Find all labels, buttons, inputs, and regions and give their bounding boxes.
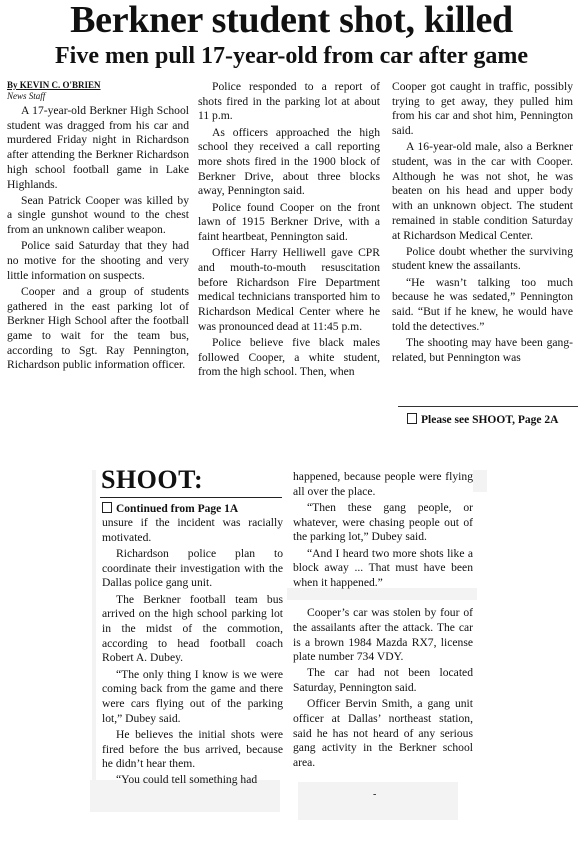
article-column-3: Cooper got caught in traffic, possibly t… <box>392 80 573 367</box>
paragraph: Police found Cooper on the front lawn of… <box>198 201 380 245</box>
byline: By KEVIN C. O'BRIEN News Staff <box>7 80 101 102</box>
continuation-column-2: happened, because people were flying all… <box>293 470 473 772</box>
spacer <box>293 592 473 606</box>
paragraph: Cooper and a group of students gathered … <box>7 285 189 373</box>
byline-author: By KEVIN C. O'BRIEN <box>7 80 101 91</box>
headline: Berkner student shot, killed <box>0 0 583 40</box>
article-column-1: A 17-year-old Berkner High School studen… <box>7 104 189 375</box>
paragraph: “Then these gang people, or whatever, we… <box>293 501 473 545</box>
paragraph: happened, because people were flying all… <box>293 470 473 499</box>
paragraph: “He wasn’t talking too much because he w… <box>392 276 573 335</box>
paragraph: Sean Patrick Cooper was killed by a sing… <box>7 194 189 238</box>
paragraph: The car had not been located Saturday, P… <box>293 666 473 695</box>
box-icon <box>407 413 417 424</box>
paragraph: A 16-year-old male, also a Berkner stude… <box>392 140 573 243</box>
continuation-divider <box>100 497 282 498</box>
box-icon <box>102 502 112 513</box>
continued-from-text: Continued from Page 1A <box>116 503 238 515</box>
scan-shading <box>298 782 458 820</box>
paragraph: Police said Saturday that they had no mo… <box>7 239 189 283</box>
paragraph: A 17-year-old Berkner High School studen… <box>7 104 189 192</box>
paragraph: Police responded to a report of shots fi… <box>198 80 380 124</box>
paragraph: The shooting may have been gang-related,… <box>392 336 573 365</box>
paragraph: The Berkner football team bus arrived on… <box>102 593 283 667</box>
continuation-heading: SHOOT: <box>101 466 203 494</box>
scan-shading <box>92 470 96 790</box>
continued-from-line: Continued from Page 1A <box>102 502 238 515</box>
paragraph: Cooper’s car was stolen by four of the a… <box>293 606 473 665</box>
paragraph: Police believe five black males followed… <box>198 336 380 380</box>
deck-subheadline: Five men pull 17-year-old from car after… <box>0 41 583 71</box>
paragraph: As officers approached the high school t… <box>198 126 380 200</box>
jump-line: Please see SHOOT, Page 2A <box>407 413 558 426</box>
byline-staff: News Staff <box>7 91 101 102</box>
continuation-column-1: unsure if the incident was racially moti… <box>102 516 283 790</box>
paragraph: “The only thing I know is we were coming… <box>102 668 283 727</box>
paragraph: Officer Bervin Smith, a gang unit office… <box>293 697 473 771</box>
paragraph: unsure if the incident was racially moti… <box>102 516 283 545</box>
end-mark: - <box>373 789 376 800</box>
paragraph: Police doubt whether the surviving stude… <box>392 245 573 274</box>
jump-text: Please see SHOOT, Page 2A <box>421 414 558 426</box>
paragraph: He believes the initial shots were fired… <box>102 728 283 772</box>
paragraph: “And I heard two more shots like a block… <box>293 547 473 591</box>
article-column-2: Police responded to a report of shots fi… <box>198 80 380 382</box>
jump-divider <box>398 406 578 407</box>
paragraph: Officer Harry Helliwell gave CPR and mou… <box>198 246 380 334</box>
paragraph: Cooper got caught in traffic, possibly t… <box>392 80 573 139</box>
scan-shading <box>473 470 487 492</box>
paragraph: “You could tell something had <box>102 773 283 788</box>
paragraph: Richardson police plan to coordinate the… <box>102 547 283 591</box>
